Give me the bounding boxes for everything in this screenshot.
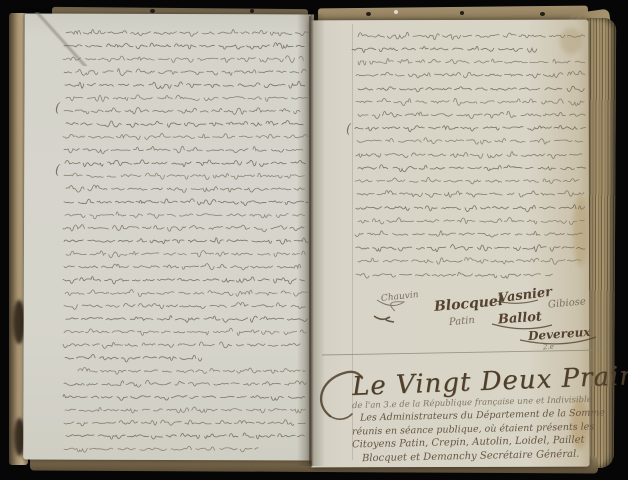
handwriting-line [355, 231, 582, 237]
handwriting-line [66, 251, 305, 258]
handwriting-line [358, 86, 584, 92]
handwriting-line [64, 173, 305, 179]
handwriting-line [355, 126, 586, 132]
handwriting-line [65, 81, 305, 88]
signature: 2.e [543, 343, 554, 352]
handwriting-line [66, 29, 309, 36]
manuscript-scan: 9.e Le Vingt Deux Prairial de l'an 3.e d… [0, 0, 628, 480]
handwriting-line [63, 342, 300, 349]
handwriting-line [356, 272, 552, 278]
handwriting-line [358, 218, 584, 225]
signature-paraph [374, 316, 394, 322]
handwriting-line [358, 111, 585, 118]
handwriting-line [63, 395, 305, 401]
margin-mark: ( [55, 163, 60, 178]
handwriting-line [64, 199, 310, 206]
handwriting-line [358, 258, 581, 265]
handwriting-line [64, 146, 303, 153]
handwriting-line [64, 328, 306, 335]
page-number: 9.e [570, 12, 583, 22]
handwriting-line [357, 190, 584, 197]
handwriting-line [65, 160, 305, 167]
handwriting-line [356, 152, 582, 159]
handwriting-line [64, 43, 304, 50]
handwriting-line [63, 56, 303, 63]
handwriting-line [64, 302, 305, 309]
handwriting-line [356, 71, 585, 78]
handwriting-line [66, 185, 305, 192]
handwriting-line [357, 138, 583, 144]
handwriting-line [63, 133, 308, 139]
handwriting-line [358, 165, 586, 172]
handwriting-line [356, 98, 584, 106]
margin-mark: ( [55, 101, 60, 116]
handwriting-line [65, 290, 308, 297]
handwriting-line [352, 46, 537, 52]
heading-flourish-tail [330, 414, 352, 419]
handwriting-line [64, 264, 301, 270]
handwriting-line [64, 380, 306, 387]
handwriting-line [64, 446, 258, 452]
signature: Ballot [498, 309, 543, 327]
handwriting-line [65, 212, 305, 219]
handwriting-line [358, 32, 585, 39]
handwriting-line [358, 59, 585, 65]
handwriting-line [356, 245, 585, 252]
handwriting-line [63, 225, 304, 232]
handwriting-line [356, 205, 585, 212]
handwriting-line [64, 238, 308, 244]
handwriting-line [66, 95, 308, 102]
handwriting-line [64, 108, 300, 115]
handwriting-line [78, 367, 305, 374]
handwriting-line [66, 316, 307, 323]
handwriting-line [65, 354, 202, 362]
handwriting-line [65, 407, 306, 413]
underline-rule [322, 350, 602, 355]
handwriting-line [355, 177, 579, 183]
margin-mark: ( [346, 122, 351, 137]
handwriting-line [66, 433, 304, 439]
handwriting-line [66, 121, 303, 128]
signature: Patin [449, 315, 476, 328]
handwriting-line [64, 420, 306, 426]
handwriting-line [63, 277, 305, 284]
handwriting-line [64, 69, 306, 76]
